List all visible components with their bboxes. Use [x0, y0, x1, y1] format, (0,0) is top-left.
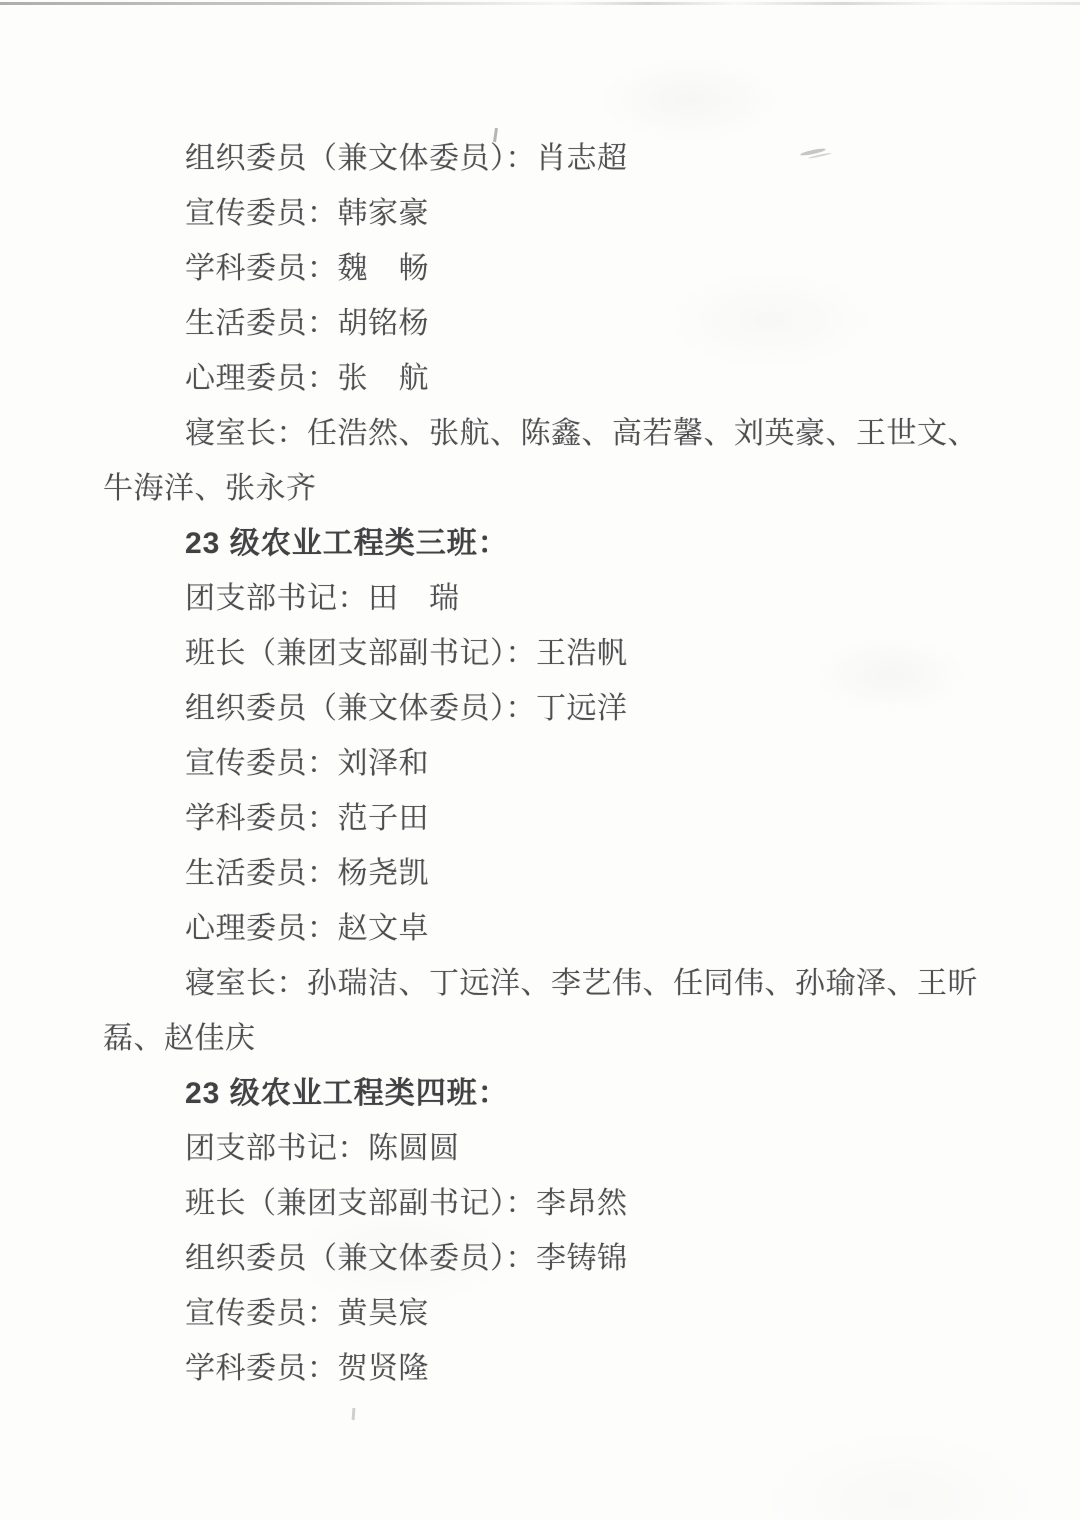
doc-line-role-academic-committee: 学科委员：贺贤隆: [103, 1341, 983, 1396]
doc-line-class-monitor: 班长（兼团支部副书记）：王浩帆: [103, 626, 983, 681]
doc-line-role-org-committee: 组织委员（兼文体委员）：丁远洋: [103, 681, 983, 736]
doc-line-role-academic-committee: 学科委员：魏 畅: [103, 241, 983, 296]
doc-line-role-life-committee: 生活委员：胡铭杨: [103, 296, 983, 351]
section-heading-class-4: 23 级农业工程类四班：: [103, 1066, 983, 1121]
doc-line-role-life-committee: 生活委员：杨尧凯: [103, 846, 983, 901]
doc-line-dorm-leaders: 寝室长：孙瑞洁、丁远洋、李艺伟、任同伟、孙瑜泽、王昕: [103, 956, 983, 1011]
doc-line-class-monitor: 班长（兼团支部副书记）：李昂然: [103, 1176, 983, 1231]
section-heading-class-3: 23 级农业工程类三班：: [103, 516, 983, 571]
doc-line-youth-league-secretary: 团支部书记：陈圆圆: [103, 1121, 983, 1176]
doc-line-dorm-leaders-continued: 牛海洋、张永齐: [103, 461, 983, 516]
doc-line-role-academic-committee: 学科委员：范子田: [103, 791, 983, 846]
doc-line-role-publicity-committee: 宣传委员：刘泽和: [103, 736, 983, 791]
doc-line-role-publicity-committee: 宣传委员：黄昊宸: [103, 1286, 983, 1341]
doc-line-youth-league-secretary: 团支部书记：田 瑞: [103, 571, 983, 626]
document-body: 组织委员（兼文体委员）：肖志超 宣传委员：韩家豪 学科委员：魏 畅 生活委员：胡…: [103, 131, 983, 1396]
doc-line-role-psychology-committee: 心理委员：赵文卓: [103, 901, 983, 956]
doc-line-dorm-leaders: 寝室长：任浩然、张航、陈鑫、高若馨、刘英豪、王世文、: [103, 406, 983, 461]
doc-line-role-org-committee: 组织委员（兼文体委员）：李铸锦: [103, 1231, 983, 1286]
doc-line-dorm-leaders-continued: 磊、赵佳庆: [103, 1011, 983, 1066]
scan-artifact: [352, 1408, 356, 1420]
doc-line-role-psychology-committee: 心理委员：张 航: [103, 351, 983, 406]
doc-line-role-publicity-committee: 宣传委员：韩家豪: [103, 186, 983, 241]
doc-line-role-org-committee: 组织委员（兼文体委员）：肖志超: [103, 131, 983, 186]
scan-edge-line: [0, 2, 1080, 5]
scanned-page: 组织委员（兼文体委员）：肖志超 宣传委员：韩家豪 学科委员：魏 畅 生活委员：胡…: [0, 0, 1080, 1520]
